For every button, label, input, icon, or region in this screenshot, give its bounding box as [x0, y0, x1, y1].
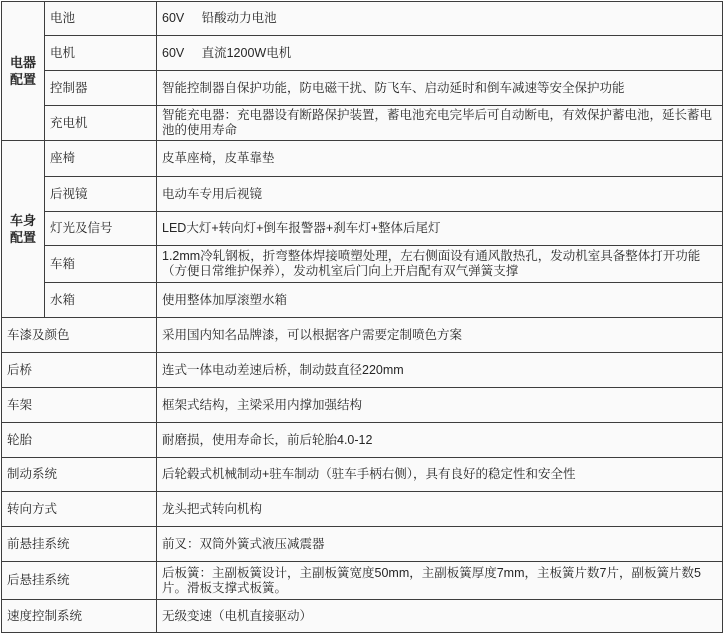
- spec-item-value: 后板簧：主副板簧设计，主副板簧宽度50mm，主副板簧厚度7mm，主板簧片数7片，…: [157, 562, 723, 600]
- spec-item-value: 皮革座椅，皮革靠垫: [157, 141, 723, 177]
- spec-row: 充电机 智能充电器：充电器设有断路保护装置，蓄电池充电完毕后可自动断电，有效保护…: [2, 106, 723, 141]
- spec-item-value: 60V 直流1200W电机: [157, 36, 723, 71]
- spec-item-label: 车箱: [45, 246, 157, 283]
- spec-item-label: 速度控制系统: [2, 600, 157, 633]
- spec-item-value: 智能控制器自保护功能，防电磁干扰、防飞车、启动延时和倒车减速等安全保护功能: [157, 71, 723, 106]
- spec-item-label: 电机: [45, 36, 157, 71]
- spec-item-value: 使用整体加厚滚塑水箱: [157, 283, 723, 318]
- spec-item-label: 轮胎: [2, 423, 157, 458]
- spec-group-electrical: 电器配置: [2, 2, 45, 141]
- spec-item-value: 采用国内知名品牌漆，可以根据客户需要定制喷色方案: [157, 318, 723, 353]
- spec-item-value: 龙头把式转向机构: [157, 492, 723, 527]
- spec-row: 车身配置 座椅 皮革座椅，皮革靠垫: [2, 141, 723, 177]
- spec-row: 后桥 连式一体电动差速后桥，制动鼓直径220mm: [2, 353, 723, 388]
- spec-item-label: 转向方式: [2, 492, 157, 527]
- spec-item-label: 座椅: [45, 141, 157, 177]
- spec-row: 前悬挂系统 前叉：双筒外簧式液压减震器: [2, 527, 723, 562]
- spec-group-label: 车身配置: [8, 212, 38, 246]
- spec-row: 电器配置 电池 60V 铅酸动力电池: [2, 2, 723, 36]
- spec-row: 轮胎 耐磨损，使用寿命长，前后轮胎4.0-12: [2, 423, 723, 458]
- spec-group-body: 车身配置: [2, 141, 45, 318]
- spec-row: 车箱 1.2mm冷轧钢板，折弯整体焊接喷塑处理，左右侧面设有通风散热孔，发动机室…: [2, 246, 723, 283]
- spec-item-label: 电池: [45, 2, 157, 36]
- spec-row: 速度控制系统 无级变速（电机直接驱动）: [2, 600, 723, 633]
- spec-item-label: 充电机: [45, 106, 157, 141]
- spec-item-value: 耐磨损，使用寿命长，前后轮胎4.0-12: [157, 423, 723, 458]
- spec-item-value: 无级变速（电机直接驱动）: [157, 600, 723, 633]
- spec-item-label: 制动系统: [2, 458, 157, 492]
- spec-item-value: 框架式结构，主梁采用内撑加强结构: [157, 388, 723, 423]
- spec-item-value: 后轮毂式机械制动+驻车制动（驻车手柄右侧），具有良好的稳定性和安全性: [157, 458, 723, 492]
- spec-item-label: 后视镜: [45, 177, 157, 212]
- spec-item-value: 智能充电器：充电器设有断路保护装置，蓄电池充电完毕后可自动断电，有效保护蓄电池，…: [157, 106, 723, 141]
- spec-row: 水箱 使用整体加厚滚塑水箱: [2, 283, 723, 318]
- spec-item-value: LED大灯+转向灯+倒车报警器+刹车灯+整体后尾灯: [157, 212, 723, 246]
- spec-row: 车漆及颜色 采用国内知名品牌漆，可以根据客户需要定制喷色方案: [2, 318, 723, 353]
- spec-item-value: 前叉：双筒外簧式液压减震器: [157, 527, 723, 562]
- spec-row: 车架 框架式结构，主梁采用内撑加强结构: [2, 388, 723, 423]
- spec-group-label: 电器配置: [8, 54, 38, 88]
- spec-row: 后视镜 电动车专用后视镜: [2, 177, 723, 212]
- spec-item-value: 60V 铅酸动力电池: [157, 2, 723, 36]
- spec-item-label: 后悬挂系统: [2, 562, 157, 600]
- spec-item-value: 电动车专用后视镜: [157, 177, 723, 212]
- spec-item-label: 前悬挂系统: [2, 527, 157, 562]
- spec-row: 控制器 智能控制器自保护功能，防电磁干扰、防飞车、启动延时和倒车减速等安全保护功…: [2, 71, 723, 106]
- spec-item-label: 灯光及信号: [45, 212, 157, 246]
- spec-item-value: 1.2mm冷轧钢板，折弯整体焊接喷塑处理，左右侧面设有通风散热孔，发动机室具备整…: [157, 246, 723, 283]
- spec-table: 电器配置 电池 60V 铅酸动力电池 电机 60V 直流1200W电机 控制器 …: [1, 1, 723, 633]
- spec-item-label: 车漆及颜色: [2, 318, 157, 353]
- spec-item-label: 后桥: [2, 353, 157, 388]
- spec-row: 灯光及信号 LED大灯+转向灯+倒车报警器+刹车灯+整体后尾灯: [2, 212, 723, 246]
- spec-item-label: 车架: [2, 388, 157, 423]
- spec-item-label: 控制器: [45, 71, 157, 106]
- spec-item-value: 连式一体电动差速后桥，制动鼓直径220mm: [157, 353, 723, 388]
- spec-item-label: 水箱: [45, 283, 157, 318]
- spec-row: 转向方式 龙头把式转向机构: [2, 492, 723, 527]
- spec-row: 制动系统 后轮毂式机械制动+驻车制动（驻车手柄右侧），具有良好的稳定性和安全性: [2, 458, 723, 492]
- spec-row: 电机 60V 直流1200W电机: [2, 36, 723, 71]
- spec-row: 后悬挂系统 后板簧：主副板簧设计，主副板簧宽度50mm，主副板簧厚度7mm，主板…: [2, 562, 723, 600]
